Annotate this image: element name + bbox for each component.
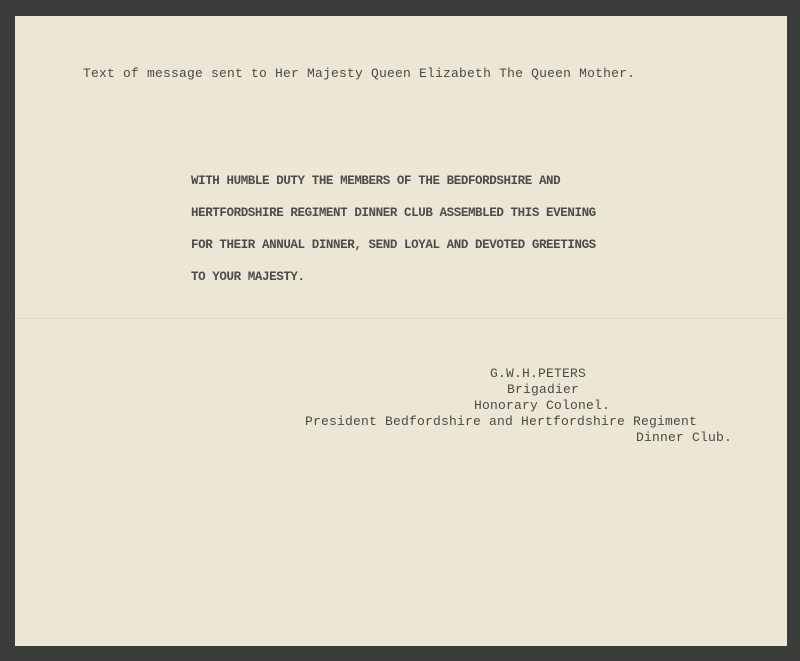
paper-fold [15,318,787,319]
message-line: HERTFORDSHIRE REGIMENT DINNER CLUB ASSEM… [191,206,596,220]
message-line: TO YOUR MAJESTY. [191,270,305,284]
signature-role: President Bedfordshire and Hertfordshire… [305,414,697,429]
signature-title: Honorary Colonel. [474,398,610,413]
message-line: WITH HUMBLE DUTY THE MEMBERS OF THE BEDF… [191,174,560,188]
signature-name: G.W.H.PETERS [490,366,586,381]
document-heading: Text of message sent to Her Majesty Quee… [83,66,635,81]
signature-role-cont: Dinner Club. [636,430,732,445]
message-line: FOR THEIR ANNUAL DINNER, SEND LOYAL AND … [191,238,596,252]
signature-rank: Brigadier [507,382,579,397]
document-page: Text of message sent to Her Majesty Quee… [15,16,787,646]
